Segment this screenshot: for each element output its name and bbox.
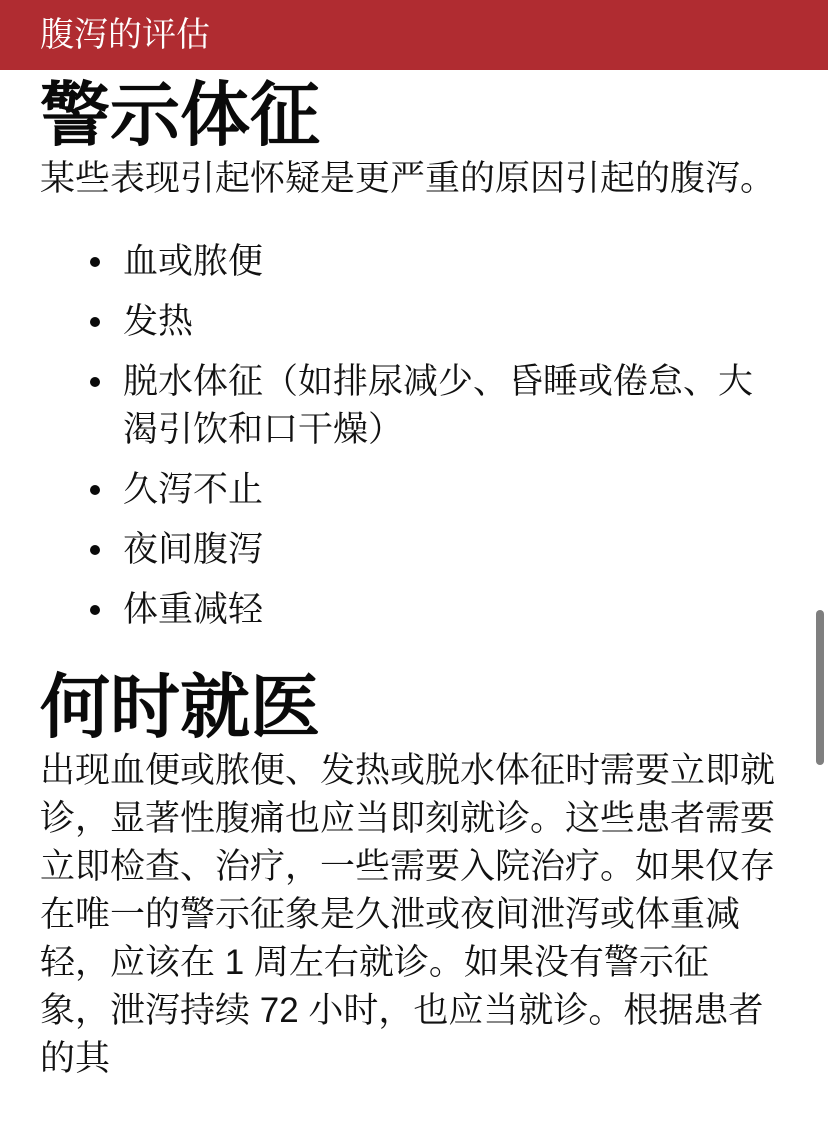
list-item-label: 久泻不止 (123, 470, 263, 509)
list-item: 脱水体征（如排尿减少、昏睡或倦怠、大渴引饮和口干燥） (123, 358, 775, 454)
list-item-label: 发热 (123, 302, 193, 341)
app-header: 腹泻的评估 (0, 0, 828, 70)
article-page: 帮助他们知道如何期待预期。 警示体征 某些表现引起怀疑是更严重的原因引起的腹泻。… (0, 0, 828, 1135)
page-title: 腹泻的评估 (0, 0, 210, 70)
list-item-label: 脱水体征（如排尿减少、昏睡或倦怠、大渴引饮和口干燥） (123, 362, 753, 449)
when-to-see-doctor-text: 出现血便或脓便、发热或脱水体征时需要立即就诊，显著性腹痛也应当即刻就诊。这些患者… (40, 747, 775, 1083)
list-item-label: 体重减轻 (123, 590, 263, 629)
list-item: 血或脓便 (123, 238, 775, 286)
list-item: 体重减轻 (123, 586, 775, 634)
section-heading-warning-signs: 警示体征 (40, 75, 775, 155)
warning-signs-intro: 某些表现引起怀疑是更严重的原因引起的腹泻。 (40, 155, 775, 203)
list-item-label: 血或脓便 (123, 242, 263, 281)
bullet-icon (90, 485, 100, 495)
list-item: 夜间腹泻 (123, 526, 775, 574)
list-item: 久泻不止 (123, 466, 775, 514)
article-content: 帮助他们知道如何期待预期。 警示体征 某些表现引起怀疑是更严重的原因引起的腹泻。… (40, 0, 775, 1083)
bullet-icon (90, 377, 100, 387)
bullet-icon (90, 605, 100, 615)
list-item-label: 夜间腹泻 (123, 530, 263, 569)
bullet-icon (90, 545, 100, 555)
bullet-icon (90, 317, 100, 327)
bullet-icon (90, 257, 100, 267)
warning-signs-list: 血或脓便 发热 脱水体征（如排尿减少、昏睡或倦怠、大渴引饮和口干燥） 久泻不止 … (40, 238, 775, 634)
list-item: 发热 (123, 298, 775, 346)
scrollbar-thumb[interactable] (816, 610, 824, 765)
section-heading-when-to-see-doctor: 何时就医 (40, 667, 775, 747)
